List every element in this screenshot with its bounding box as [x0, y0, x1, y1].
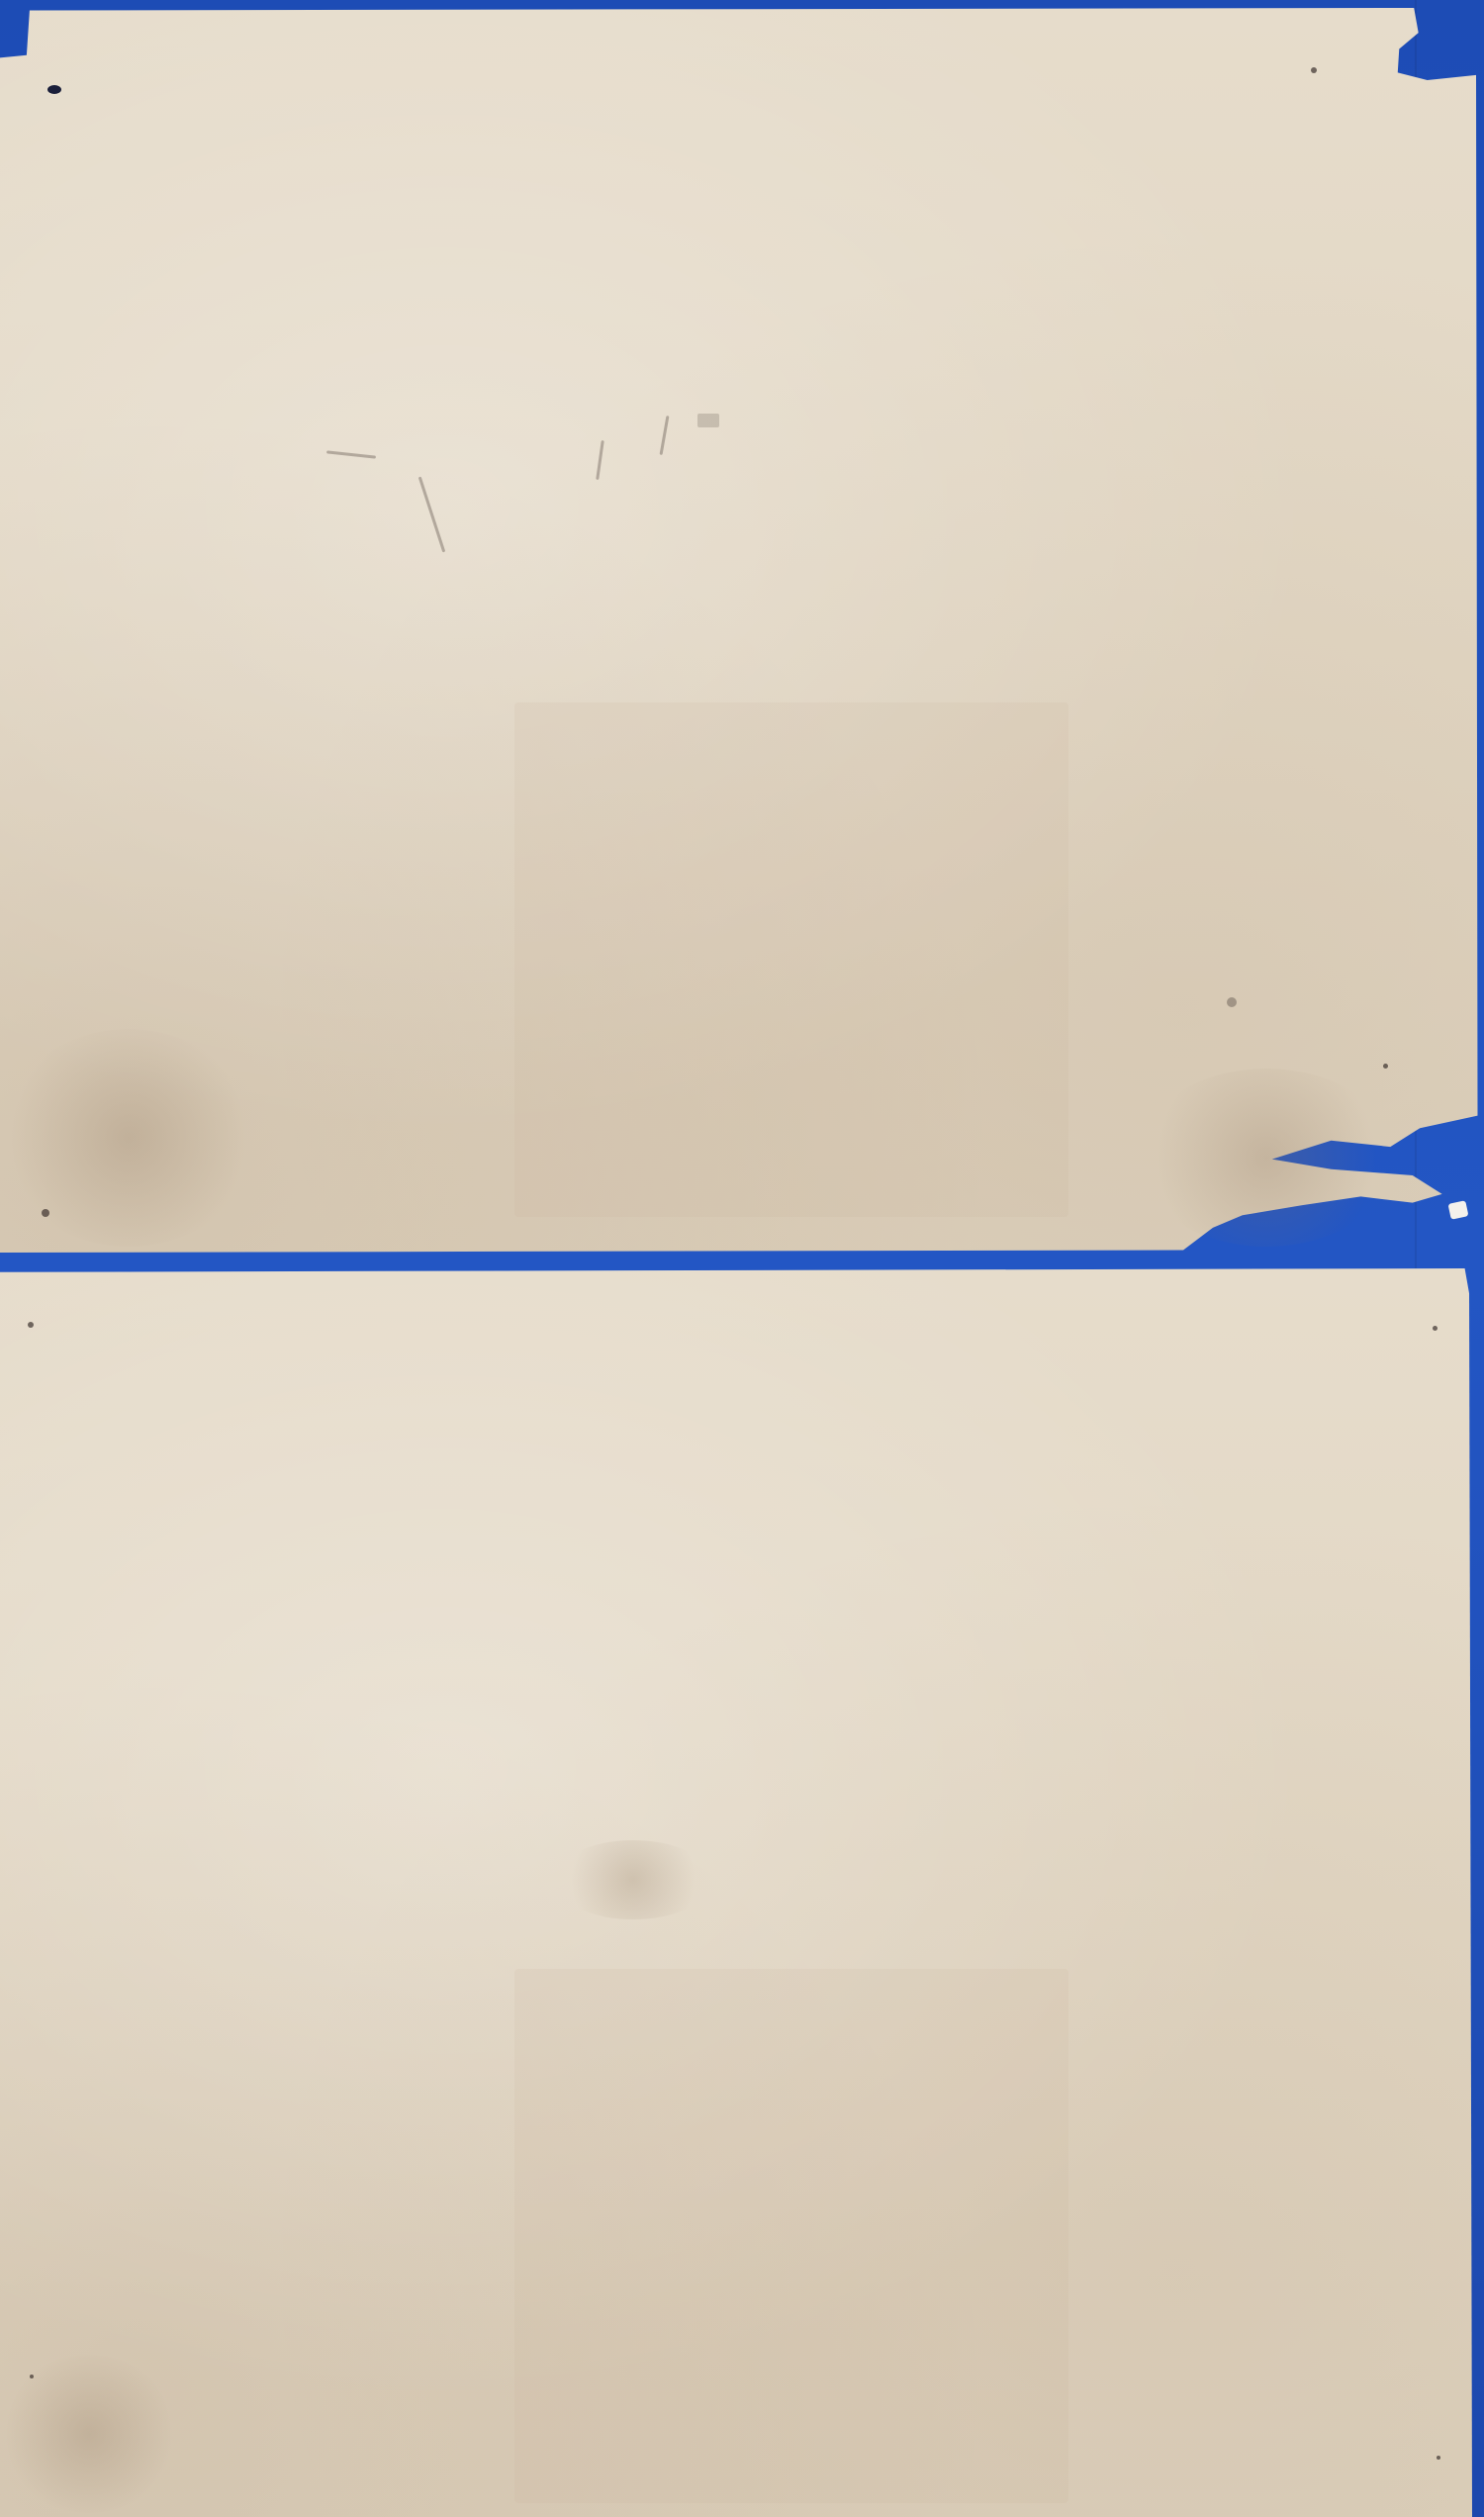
- ink-speck: [47, 85, 61, 94]
- ink-speck: [28, 1322, 34, 1328]
- stain: [0, 1029, 257, 1247]
- ink-speck: [1311, 67, 1317, 73]
- bleed-through-panel-bottom: [514, 1969, 1068, 2503]
- bleed-through-panel-top: [514, 702, 1068, 1217]
- stain: [1138, 1069, 1395, 1247]
- ink-speck: [1437, 2456, 1440, 2460]
- pencil-mark: [697, 414, 719, 427]
- stain: [554, 1840, 712, 1919]
- ink-speck: [1433, 1326, 1438, 1331]
- ink-speck: [1227, 997, 1237, 1007]
- ink-speck: [1383, 1064, 1388, 1069]
- stain: [0, 2355, 178, 2513]
